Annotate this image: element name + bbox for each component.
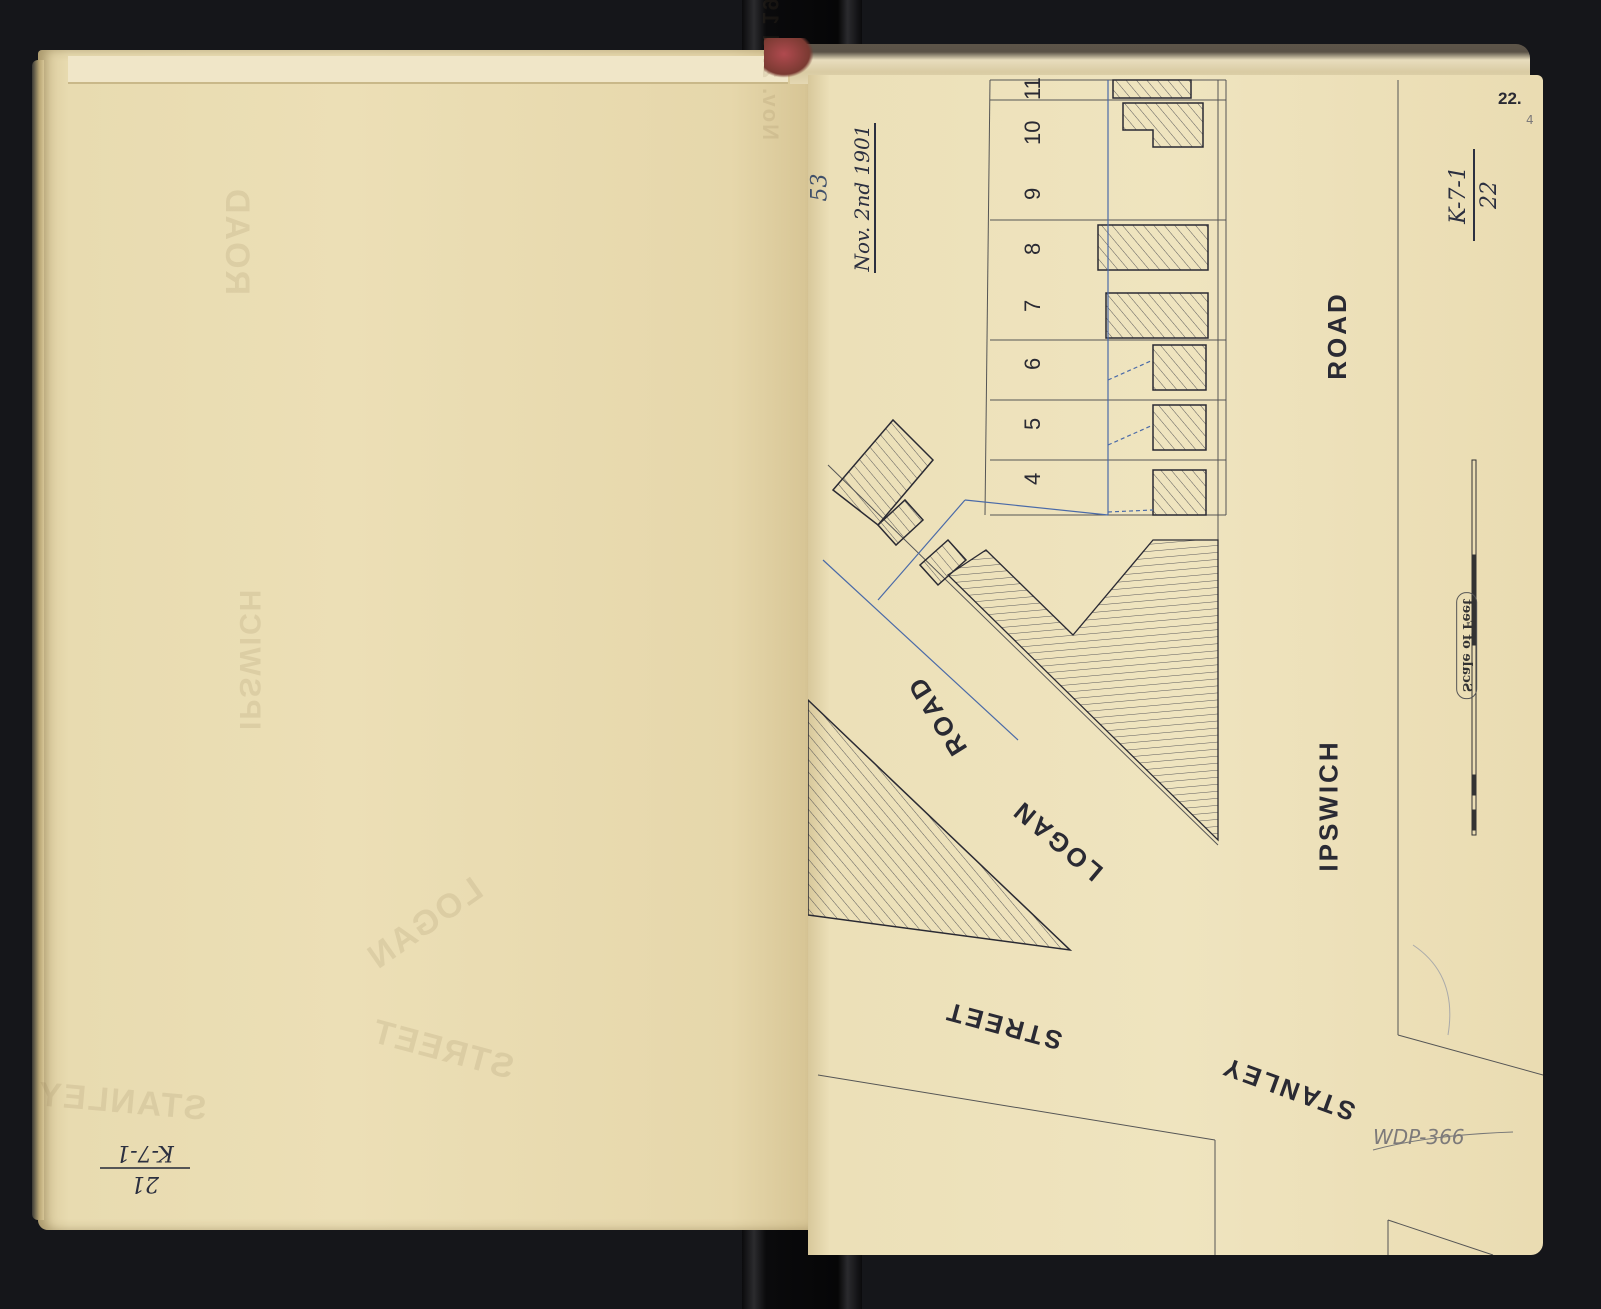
date-stamp: Nov. 2nd 1901	[850, 123, 876, 273]
left-page: ROAD IPSWICH LOGAN STREET STANLEY Nov. 2…	[38, 50, 808, 1230]
date-annotation: 53	[808, 174, 833, 202]
sheet-ref-line	[1473, 149, 1475, 241]
page-number: 22.	[1498, 89, 1522, 109]
lot-8: 8	[1020, 243, 1045, 255]
lot-9: 9	[1020, 188, 1045, 200]
pencil-mark-top: 4	[1526, 113, 1534, 127]
date-underline	[874, 123, 876, 273]
sheet-reference: K-7-1 22	[1446, 135, 1526, 255]
lot-numbers: 4 5 6 7 8 9 10 11	[1020, 77, 1045, 485]
buildings	[1098, 80, 1208, 515]
scale-label: Scale of Feet	[1456, 592, 1477, 699]
ghost-text-logan: LOGAN	[359, 870, 490, 978]
lot-11: 11	[1020, 77, 1045, 100]
survey-plan-drawing: 4 5 6 7 8 9 10 11	[808, 75, 1543, 1255]
page-fore-edge	[32, 60, 44, 1220]
street-label-ipswich: IPSWICH	[1314, 739, 1345, 871]
left-reference-mark: 21 K-7-1	[100, 1140, 190, 1196]
diagonal-buildings	[808, 420, 1070, 950]
left-ref-line	[100, 1167, 190, 1169]
left-ref-bottom: K-7-1	[100, 1140, 190, 1165]
right-page: 4 5 6 7 8 9 10 11 22. 4 K-7-1 22 Nov. 2n…	[808, 75, 1543, 1255]
sheet-ref-bottom: 22	[1477, 135, 1502, 255]
lot-7: 7	[1020, 300, 1045, 312]
date-text: Nov. 2nd 1901	[850, 123, 874, 273]
lot-5: 5	[1020, 418, 1045, 430]
lot-4: 4	[1020, 473, 1045, 485]
ghost-text-road: ROAD	[217, 187, 256, 295]
large-hatched-block	[948, 540, 1218, 840]
archive-reference: WDP-366	[1373, 1125, 1465, 1149]
torn-top-edge	[68, 56, 788, 84]
left-ref-top: 21	[100, 1171, 190, 1196]
torn-red-binding	[764, 38, 814, 78]
ghost-text-stanley: STANLEY	[35, 1075, 208, 1129]
ghost-text-ipswich: IPSWICH	[232, 588, 266, 730]
lot-6: 6	[1020, 358, 1045, 370]
street-label-road-ipswich: ROAD	[1322, 291, 1353, 380]
ghost-text-street: STREET	[367, 1012, 518, 1087]
lot-10: 10	[1020, 121, 1045, 145]
sheet-ref-top: K-7-1	[1446, 135, 1471, 255]
pencil-arc	[1413, 945, 1450, 1035]
